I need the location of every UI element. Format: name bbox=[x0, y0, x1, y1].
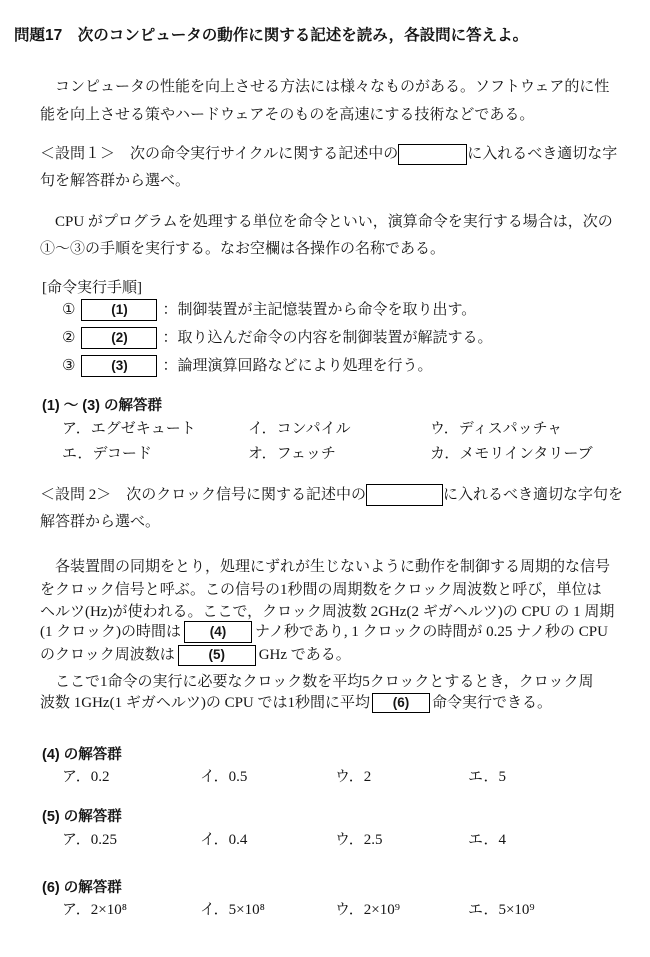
q1-paragraph-line-2: ①～③の手順を実行する。なお空欄は各操作の名称である。 bbox=[40, 238, 445, 260]
procedure-step-1: ① (1) ：制御装置が主記憶装置から命令を取り出す。 bbox=[62, 299, 476, 321]
q2-paragraph1-line-5: のクロック周波数は (5) GHz である。 bbox=[40, 644, 351, 666]
blank-box-5: (5) bbox=[178, 645, 256, 666]
page-title: 問題17 次のコンピュータの動作に関する記述を読み，各設問に答えよ。 bbox=[14, 25, 528, 47]
q2-paragraph1-line-4: (1 クロック)の時間は (4) ナノ秒であり, 1 クロックの時間が 0.25… bbox=[40, 621, 608, 643]
answer-group-1-3-heading: (1) ～ (3) の解答群 bbox=[42, 395, 162, 417]
answer-option: エ．5×10⁹ bbox=[468, 900, 535, 920]
q2-paragraph1-line-2: をクロック信号と呼ぶ。この信号の1秒間の周期数をクロック周波数と呼び，単位は bbox=[40, 579, 602, 601]
blank-label: (6) bbox=[393, 696, 410, 710]
q2-line4-after-blank: ナノ秒であり, 1 クロックの時間が 0.25 ナノ秒の CPU bbox=[255, 621, 608, 643]
step-description: ：論理演算回路などにより処理を行う。 bbox=[162, 355, 432, 377]
blank-box-6: (6) bbox=[372, 693, 430, 713]
q2-line6-after-blank: 命令実行できる。 bbox=[432, 692, 552, 714]
q2-line5-before-blank: のクロック周波数は bbox=[40, 644, 175, 666]
answer-option: ア．エグゼキュート bbox=[62, 419, 196, 439]
blank-label: (5) bbox=[208, 648, 225, 662]
q2-heading-after-blank: に入れるべき適切な字句を bbox=[443, 484, 623, 506]
q2-heading-line-2: 解答群から選べ。 bbox=[40, 511, 160, 533]
step-2-blank-box: (2) bbox=[81, 327, 157, 349]
answer-option: ウ．2 bbox=[335, 767, 371, 787]
q2-blank-box bbox=[366, 484, 443, 506]
intro-line-1: コンピュータの性能を向上させる方法には様々なものがある。ソフトウェア的に性 bbox=[40, 76, 609, 98]
q2-heading-line-1: ＜設問 2＞ 次のクロック信号に関する記述中の に入れるべき適切な字句を bbox=[40, 484, 623, 506]
answer-option: オ．フェッチ bbox=[248, 444, 336, 464]
q1-blank-box bbox=[398, 144, 467, 165]
answer-option: ウ．2×10⁹ bbox=[335, 900, 400, 920]
answer-option: イ．コンパイル bbox=[248, 419, 351, 439]
q1-heading-before-blank: ＜設問１＞ 次の命令実行サイクルに関する記述中の bbox=[40, 143, 398, 165]
blank-label: (4) bbox=[210, 625, 227, 639]
answer-option: エ．デコード bbox=[62, 444, 152, 464]
answer-option: ア．2×10⁸ bbox=[62, 900, 127, 920]
step-3-blank-box: (3) bbox=[81, 355, 157, 377]
q2-paragraph2-line-1: ここで1命令の実行に必要なクロック数を平均5クロックとするとき，クロック周 bbox=[40, 671, 594, 693]
answer-option: エ．5 bbox=[468, 767, 506, 787]
procedure-step-2: ② (2) ：取り込んだ命令の内容を制御装置が解読する。 bbox=[62, 327, 492, 349]
step-1-blank-box: (1) bbox=[81, 299, 157, 321]
answer-option: イ．0.5 bbox=[200, 767, 247, 787]
step-description: ：制御装置が主記憶装置から命令を取り出す。 bbox=[162, 299, 476, 321]
q2-paragraph1-line-1: 各装置間の同期をとり，処理にずれが生じないように動作を制御する周期的な信号 bbox=[40, 556, 610, 578]
answer-option: イ．5×10⁸ bbox=[200, 900, 265, 920]
q1-paragraph-line-1: CPU がプログラムを処理する単位を命令といい，演算命令を実行する場合は，次の bbox=[40, 211, 613, 233]
answer-option: ウ．2.5 bbox=[335, 830, 383, 850]
blank-label: (3) bbox=[111, 359, 128, 373]
q2-paragraph1-line-3: ヘルツ(Hz)が使われる。ここで，クロック周波数 2GHz(2 ギガヘルツ)の … bbox=[40, 601, 614, 623]
procedure-title: [命令実行手順] bbox=[42, 277, 142, 299]
blank-box-4: (4) bbox=[184, 621, 252, 643]
q2-line6-before-blank: 波数 1GHz(1 ギガヘルツ)の CPU では1秒間に平均 bbox=[40, 692, 370, 714]
q2-line4-before-blank: (1 クロック)の時間は bbox=[40, 621, 181, 643]
q2-line5-after-blank: GHz である。 bbox=[259, 644, 351, 666]
step-number: ① bbox=[62, 299, 75, 321]
step-description: ：取り込んだ命令の内容を制御装置が解読する。 bbox=[162, 327, 492, 349]
answer-option: カ．メモリインタリーブ bbox=[430, 444, 593, 464]
q1-heading-line-2: 句を解答群から選べ。 bbox=[40, 170, 190, 192]
answer-option: ア．0.2 bbox=[62, 767, 110, 787]
step-number: ③ bbox=[62, 355, 75, 377]
answer-option: ウ．ディスパッチャ bbox=[430, 419, 562, 439]
answer-option: エ．4 bbox=[468, 830, 506, 850]
q2-heading-before-blank: ＜設問 2＞ 次のクロック信号に関する記述中の bbox=[40, 484, 366, 506]
intro-line-2: 能を向上させる策やハードウェアそのものを高速にする技術などである。 bbox=[40, 104, 534, 126]
procedure-step-3: ③ (3) ：論理演算回路などにより処理を行う。 bbox=[62, 355, 432, 377]
answer-group-4-heading: (4) の解答群 bbox=[42, 744, 122, 766]
answer-option: イ．0.4 bbox=[200, 830, 247, 850]
answer-option: ア．0.25 bbox=[62, 830, 117, 850]
blank-label: (1) bbox=[111, 303, 128, 317]
q1-heading-after-blank: に入れるべき適切な字 bbox=[467, 143, 617, 165]
blank-label: (2) bbox=[111, 331, 128, 345]
step-number: ② bbox=[62, 327, 75, 349]
exam-document-page: 問題17 次のコンピュータの動作に関する記述を読み，各設問に答えよ。 コンピュー… bbox=[0, 0, 650, 957]
answer-group-5-heading: (5) の解答群 bbox=[42, 806, 122, 828]
answer-group-6-heading: (6) の解答群 bbox=[42, 877, 122, 899]
q1-heading-line-1: ＜設問１＞ 次の命令実行サイクルに関する記述中の に入れるべき適切な字 bbox=[40, 143, 617, 165]
q2-paragraph2-line-2: 波数 1GHz(1 ギガヘルツ)の CPU では1秒間に平均 (6) 命令実行で… bbox=[40, 692, 552, 714]
